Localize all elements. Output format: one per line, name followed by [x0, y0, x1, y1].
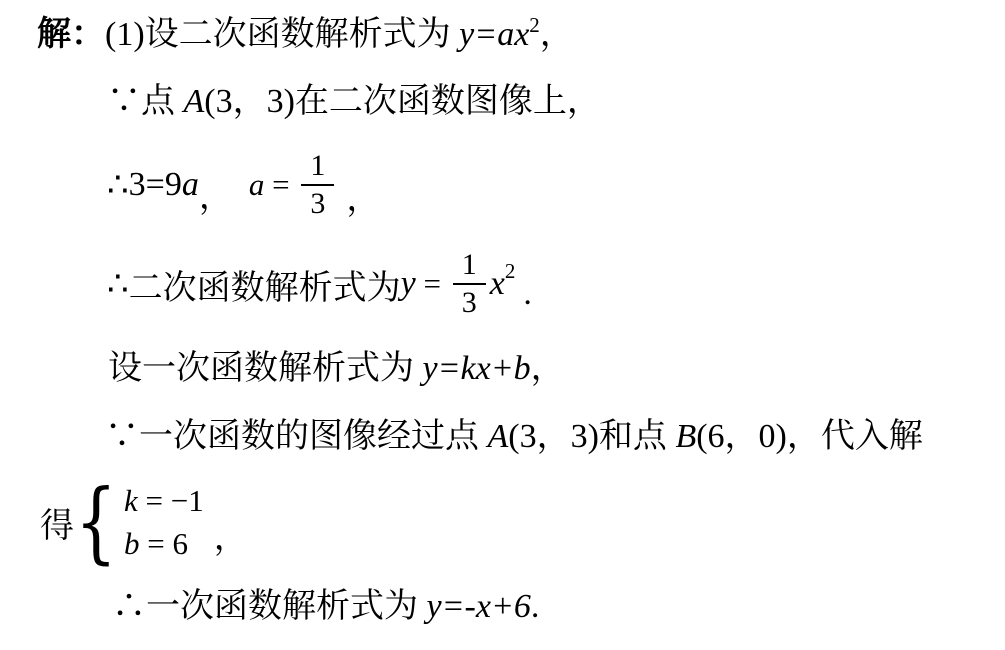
- variable-a: a: [249, 167, 265, 203]
- variable-A: A: [184, 83, 205, 120]
- comma: ，: [531, 350, 565, 387]
- equation-text: = −1: [138, 483, 204, 518]
- line-text: (1)设二次函数解析式为: [105, 16, 459, 53]
- math-expression: y=kx+b: [423, 350, 531, 387]
- math-expression: y=ax: [459, 16, 529, 53]
- variable-B: B: [675, 418, 696, 455]
- variable-k: k: [124, 483, 138, 518]
- solution-line-6: ∵一次函数的图像经过点 A(3，3)和点 B(6，0)，代入解: [105, 413, 923, 461]
- line-text: (3，3)在二次函数图像上，: [204, 83, 601, 120]
- variable-b: b: [124, 526, 140, 561]
- equation-system: k = −1b = 6: [124, 483, 204, 562]
- fraction-denominator: 3: [462, 285, 477, 319]
- system-row-k: k = −1: [124, 483, 204, 519]
- line-text: 得: [40, 498, 74, 547]
- variable-x: x: [490, 265, 505, 303]
- period: .: [531, 588, 540, 625]
- therefore-symbol: ∴: [107, 165, 129, 205]
- superscript: 2: [505, 261, 516, 282]
- equals-sign: =: [264, 167, 297, 203]
- fraction-denominator: 3: [310, 186, 325, 220]
- line-text: 一次函数解析式为: [146, 588, 427, 625]
- comma: ，: [540, 16, 574, 53]
- fraction: 13: [453, 249, 486, 320]
- comma: ，: [346, 171, 380, 220]
- equation-text: 3=9: [129, 166, 182, 204]
- solution-line-7-equation-system: 得{k = −1b = 6，: [40, 477, 248, 567]
- fraction-numerator: 1: [301, 150, 334, 186]
- equation-text: = 6: [140, 526, 188, 561]
- variable-A: A: [488, 418, 509, 455]
- comma: ，: [199, 169, 233, 218]
- line-text: (6，0)，代入解: [696, 418, 923, 455]
- solution-line-8: ∴一次函数解析式为 y=-x+6.: [112, 583, 539, 631]
- system-row-b: b = 6: [124, 526, 204, 562]
- line-text: 设一次函数解析式为: [108, 350, 423, 387]
- solution-line-1: 解：(1)设二次函数解析式为 y=ax2，: [37, 11, 574, 59]
- because-symbol: ∵: [107, 83, 141, 120]
- math-expression: y=-x+6: [427, 588, 531, 625]
- solution-label: 解：: [37, 16, 105, 53]
- comma: ，: [214, 510, 248, 559]
- therefore-symbol: ∴: [112, 588, 146, 625]
- solution-line-2: ∵点 A(3，3)在二次函数图像上，: [107, 78, 601, 126]
- therefore-symbol: ∴: [107, 264, 129, 304]
- solution-line-3: ∴3=9a，a = 13，: [107, 148, 380, 222]
- because-symbol: ∵: [105, 418, 139, 455]
- equals-sign: =: [416, 266, 449, 302]
- fraction: 13: [301, 150, 334, 221]
- line-text: 点: [141, 83, 184, 120]
- period: .: [523, 275, 532, 313]
- variable-y: y: [401, 265, 416, 303]
- variable-a: a: [182, 166, 199, 204]
- system-brace: {: [75, 480, 117, 564]
- fraction-numerator: 1: [453, 249, 486, 285]
- solution-line-4: ∴二次函数解析式为y = 13x2.: [107, 245, 532, 323]
- superscript: 2: [529, 13, 540, 37]
- line-text: 一次函数的图像经过点: [139, 418, 488, 455]
- line-text: 二次函数解析式为: [129, 260, 401, 309]
- line-text: (3，3)和点: [508, 418, 675, 455]
- solution-line-5: 设一次函数解析式为 y=kx+b，: [108, 345, 565, 393]
